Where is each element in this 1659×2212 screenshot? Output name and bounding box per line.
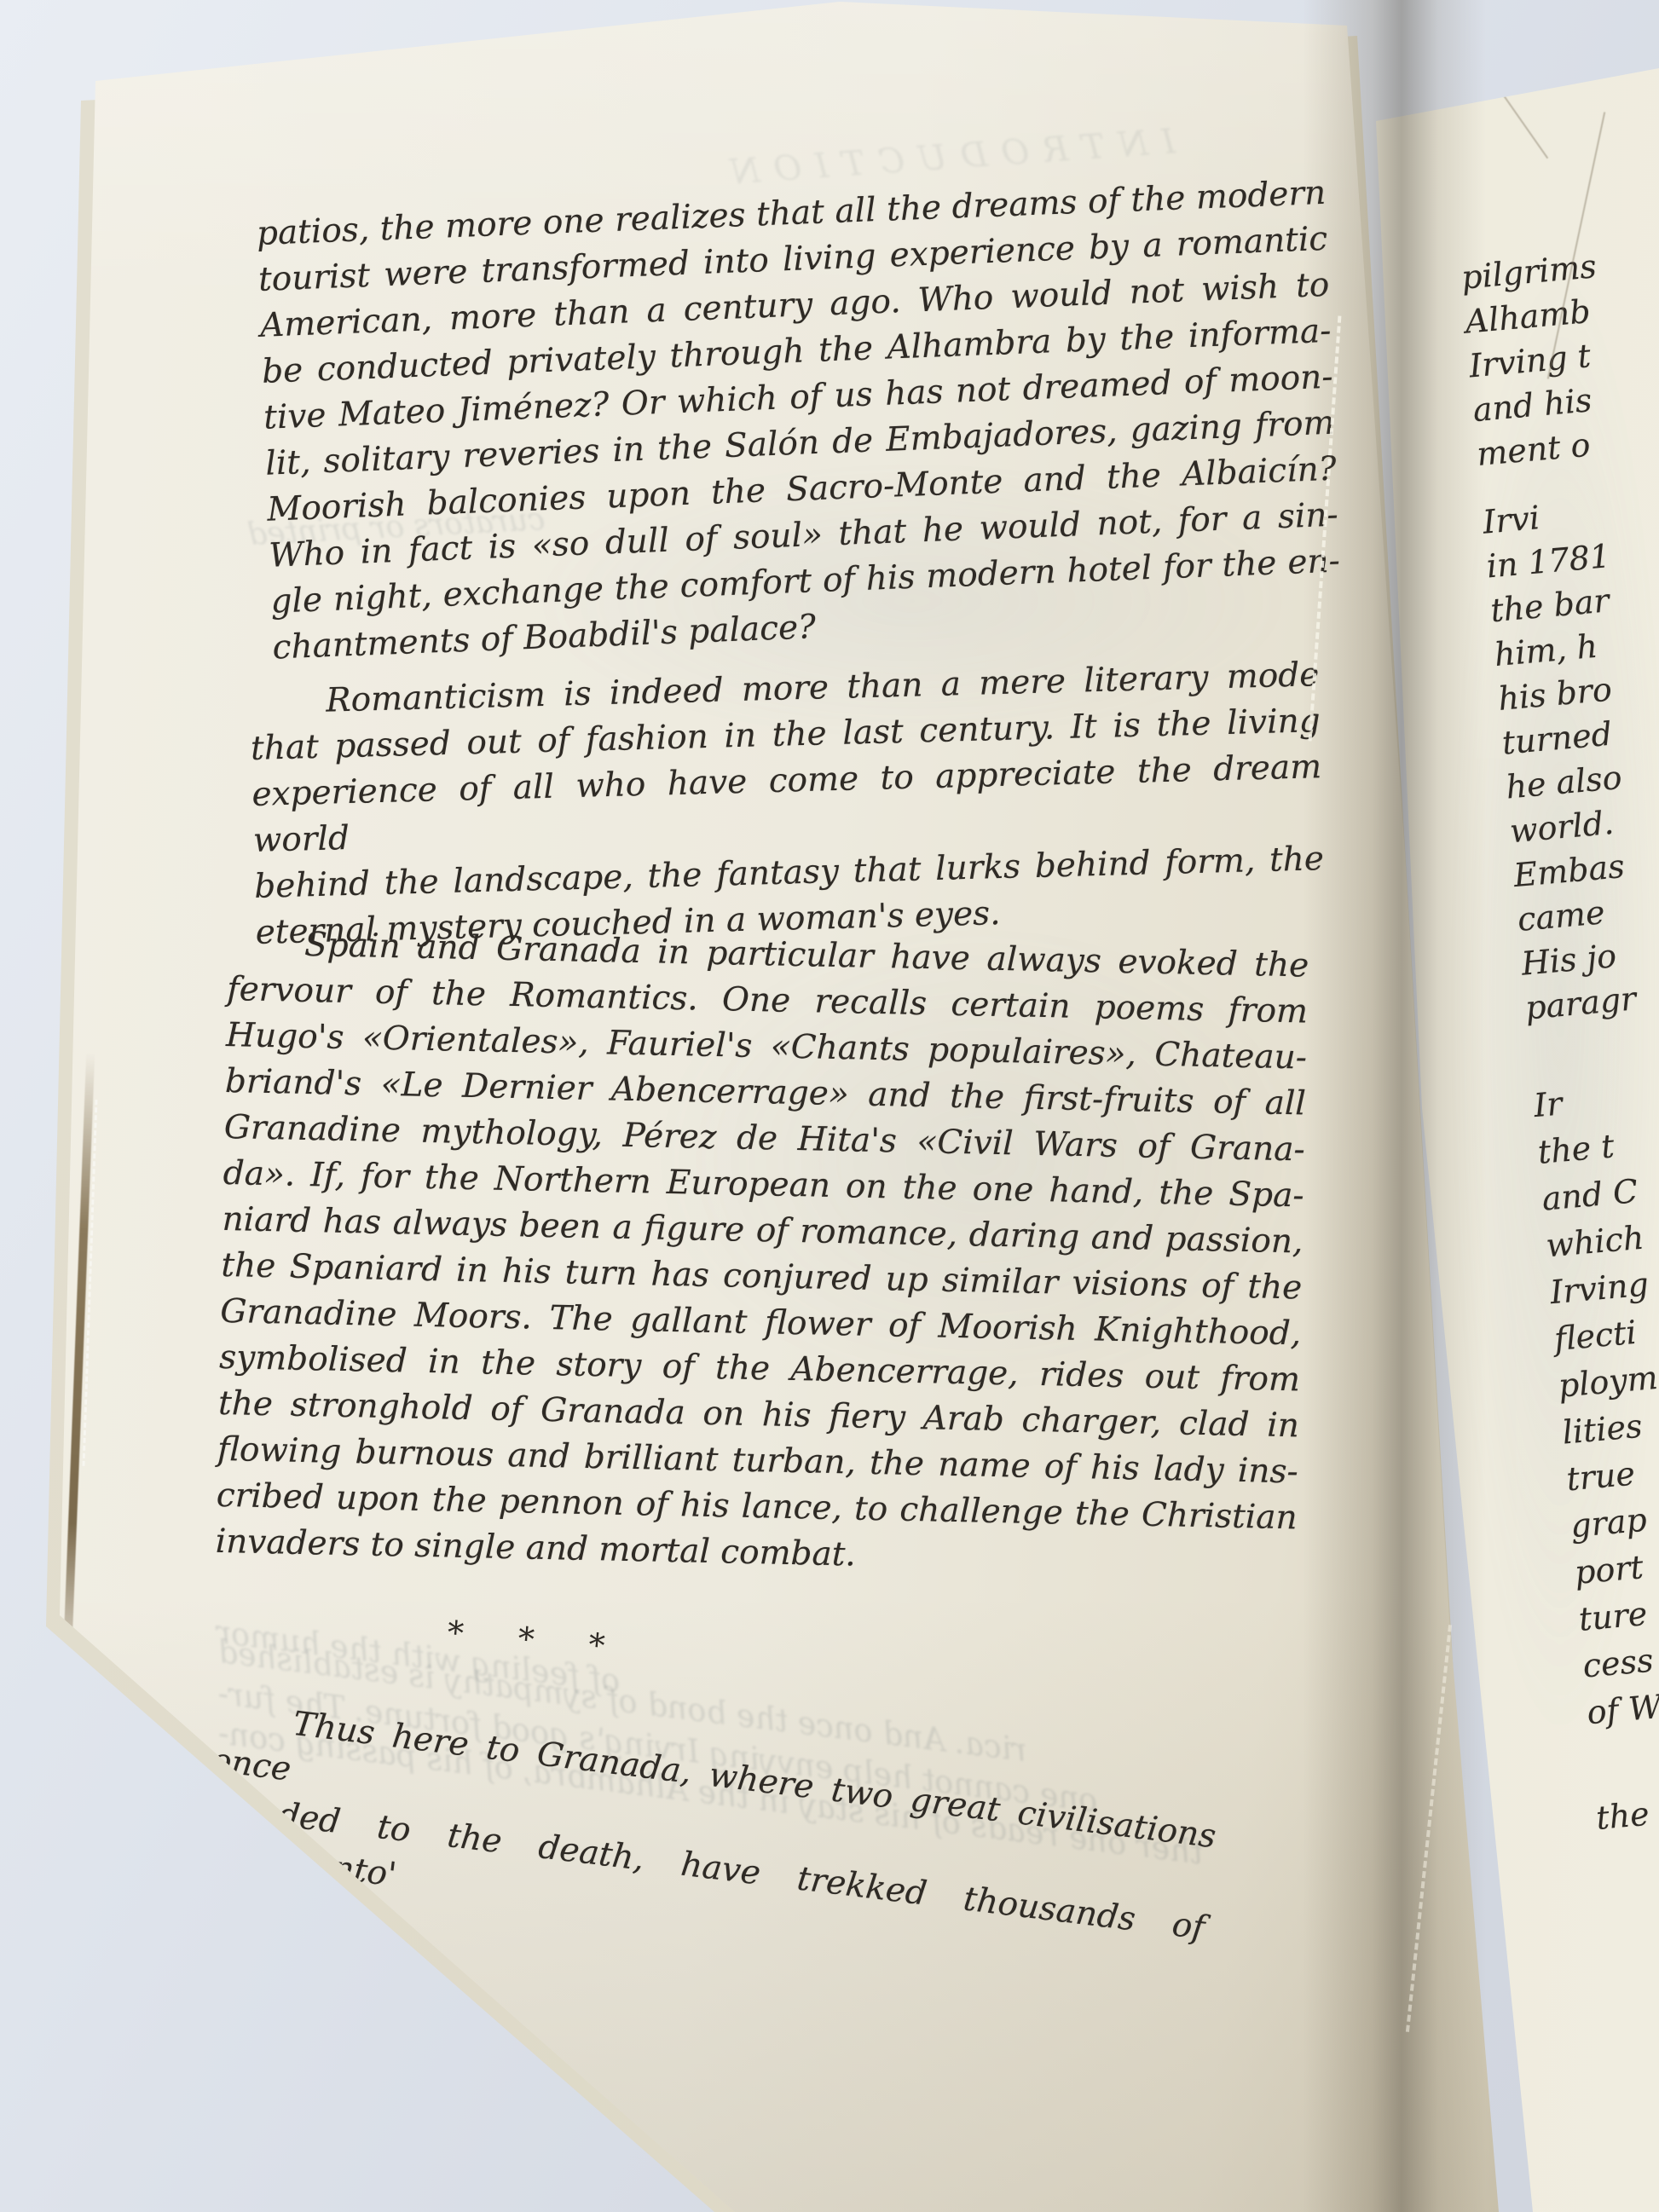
section-separator: * * * [366, 1607, 708, 1674]
fragment-group: Irthe tand CwhichIrvingflectiploymlities… [1532, 1062, 1659, 1736]
text-line: the [1594, 1776, 1659, 1840]
paragraph-1: patios, the more one realizes that all t… [256, 170, 1343, 672]
book-photo: INTRODUCTION curators or printed of feel… [0, 0, 1659, 2212]
fragment-group: Irviin 1781the barhim, hhis broturnedhe … [1481, 480, 1659, 1031]
paragraph-4: Thus here to Granada, where two great ci… [198, 1692, 1219, 1997]
fragment-group: the [1594, 1776, 1659, 1840]
page-number: 8 [207, 1813, 237, 1862]
fragment-group: pilgrimsAlhambIrving tand hisment o [1460, 235, 1659, 476]
paragraph-3: Spain and Granada in particular have alw… [215, 921, 1309, 1587]
text-line: Ir [1532, 1062, 1659, 1129]
paper-crease-line [1502, 94, 1548, 159]
paragraph-2: Romanticism is indeed more than a mere l… [249, 652, 1326, 956]
right-page-text-fragments: pilgrimsAlhambIrving tand hisment o Irvi… [1460, 235, 1659, 1840]
